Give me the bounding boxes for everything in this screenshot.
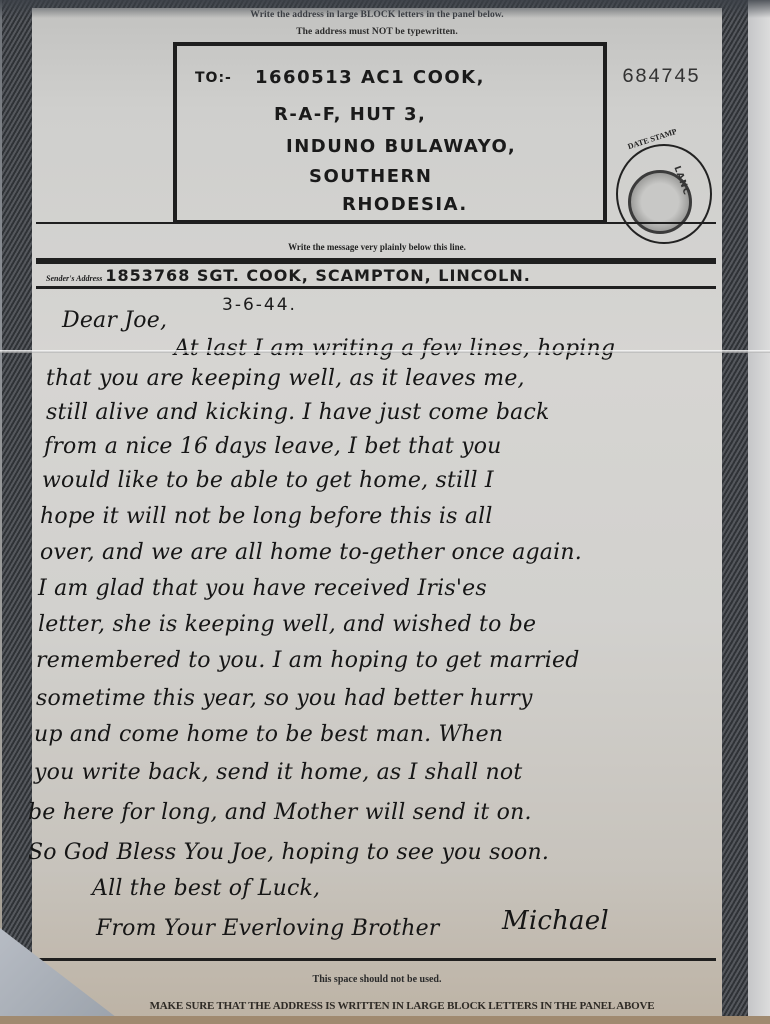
letter-line: be here for long, and Mother will send i…: [28, 800, 532, 825]
address-instruction-2: The address must NOT be typewritten.: [32, 27, 722, 37]
letter-line: sometime this year, so you had better hu…: [36, 686, 533, 711]
photo-edge-right: [748, 0, 770, 1024]
letter-line: hope it will not be long before this is …: [40, 504, 493, 529]
address-line-4: SOUTHERN: [309, 166, 432, 187]
letter-line: that you are keeping well, as it leaves …: [46, 366, 525, 391]
table-surface: [0, 1016, 770, 1024]
closing-line: From Your Everloving Brother: [96, 916, 440, 941]
address-line-2: R-A-F, HUT 3,: [274, 104, 426, 125]
letter-line: would like to be able to get home, still…: [42, 468, 494, 493]
address-line-1: 1660513 AC1 COOK,: [255, 67, 485, 88]
letter-line: remembered to you. I am hoping to get ma…: [36, 648, 580, 673]
letter-line: letter, she is keeping well, and wished …: [38, 612, 536, 637]
serial-number: 684745: [622, 66, 700, 89]
salutation: Dear Joe,: [62, 308, 167, 333]
bottom-instruction: MAKE SURE THAT THE ADDRESS IS WRITTEN IN…: [82, 1000, 722, 1012]
letter-line: So God Bless You Joe, hoping to see you …: [28, 840, 549, 865]
sender-rule: [36, 286, 716, 289]
signature: Michael: [502, 906, 609, 936]
letter-line: I am glad that you have received Iris'es: [38, 576, 487, 601]
address-to-label: TO:-: [195, 70, 232, 86]
letter-line: you write back, send it home, as I shall…: [34, 760, 522, 785]
divider-rule-thick: [36, 258, 716, 264]
closing-line: All the best of Luck,: [92, 876, 320, 901]
bottom-rule: [36, 958, 716, 961]
divider-rule: [36, 222, 716, 224]
fold-crease: [0, 350, 770, 353]
sender-address: Sender's Address1853768 SGT. COOK, SCAMP…: [46, 266, 531, 285]
write-instruction: Write the message very plainly below thi…: [32, 242, 722, 252]
address-line-5: RHODESIA.: [342, 194, 468, 215]
photo-shadow: [0, 0, 770, 18]
address-line-3: INDUNO BULAWAYO,: [286, 136, 516, 157]
address-panel: TO:- 1660513 AC1 COOK, R-A-F, HUT 3, IND…: [173, 42, 607, 224]
letter-line: from a nice 16 days leave, I bet that yo…: [44, 434, 502, 459]
letter-line: still alive and kicking. I have just com…: [46, 400, 550, 425]
letter-line: up and come home to be best man. When: [34, 722, 503, 747]
letter-date: 3-6-44.: [222, 295, 297, 315]
letter-line: At last I am writing a few lines, hoping: [174, 336, 615, 361]
date-stamp-circle: LANC: [616, 144, 712, 244]
bottom-note: This space should not be used.: [32, 974, 722, 985]
letter-line: over, and we are all home to-gether once…: [40, 540, 582, 565]
sender-address-label: Sender's Address: [46, 274, 102, 283]
sender-address-value: 1853768 SGT. COOK, SCAMPTON, LINCOLN.: [105, 266, 530, 285]
